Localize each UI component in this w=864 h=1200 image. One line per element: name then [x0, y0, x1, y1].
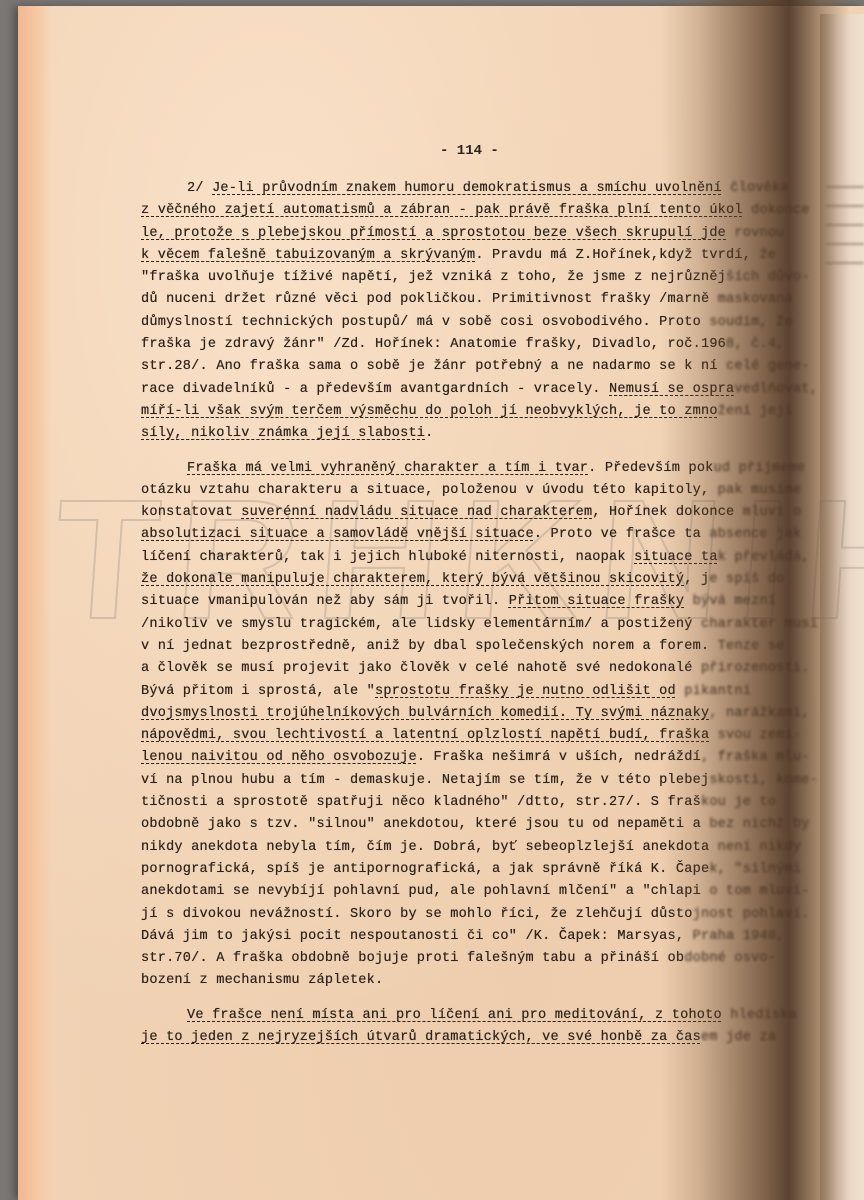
gutter-obscured-text: ud přijmeme	[714, 461, 806, 476]
text: situace vmanipulován než aby sám ji tvoř…	[141, 594, 509, 609]
gutter-obscured-text: vedlňovat,	[734, 382, 818, 397]
text-line: absolutizaci situace a samovládě vnější …	[141, 524, 781, 546]
underlined-text: situace ta	[634, 550, 718, 565]
text: důmyslností technických postupů/ má v so…	[141, 315, 701, 330]
paragraph: Ve frašce není místa ani pro líčení ani …	[141, 1005, 781, 1050]
text: pornografická, spíš je antipornografická…	[141, 862, 709, 877]
text-line: Dává jim to jakýsi pocit nespoutanosti č…	[141, 926, 781, 948]
text-line: str.70/. A fraška obdobně bojuje proti f…	[141, 948, 781, 970]
gutter-obscured-text: Praha 1948,	[684, 929, 784, 944]
text-line: nápovědmi, svou lechtivostí a latentní o…	[141, 725, 781, 747]
gutter-obscured-text: žení její	[718, 404, 793, 419]
text-line: Ve frašce není místa ani pro líčení ani …	[141, 1005, 781, 1027]
gutter-obscured-text: mluví o	[734, 505, 801, 520]
gutter-obscured-text: celé gene-	[718, 359, 810, 374]
text-line: Bývá přitom i sprostá, ale "sprostotu fr…	[141, 681, 781, 703]
underlined-text: le, protože s plebejskou přímostí a spro…	[141, 226, 726, 241]
gutter-obscured-text: soudím, že	[701, 315, 793, 330]
text: dů nuceni držet různé věci pod pokličkou…	[141, 292, 709, 307]
underlined-text: nápovědmi, svou lechtivostí a latentní o…	[141, 728, 709, 743]
underlined-text: dvojsmyslnosti trojúhelníkových bulvární…	[141, 706, 709, 721]
text-line: str.28/. Ano fraška sama o sobě je žánr …	[141, 356, 781, 378]
gutter-obscured-text: svou zemi-	[709, 728, 801, 743]
gutter-obscured-text: jnost pohlaví.	[693, 907, 810, 922]
underlined-text: z věčného zajetí automatismů a zábran - …	[141, 203, 743, 218]
text-line: ví na plnou hubu a tím - demaskuje. Neta…	[141, 770, 781, 792]
text: obdobně jako s tzv. "silnou" anekdotou, …	[141, 817, 701, 832]
gutter-obscured-text: hlediska	[722, 1008, 797, 1023]
text: bození z mechanismu zápletek.	[141, 973, 383, 988]
text-line: jí s divokou nevážností. Skoro by se moh…	[141, 904, 781, 926]
text-line: k věcem falešně tabuizovaným a skrývaným…	[141, 245, 781, 267]
text: tičnosti a sprostotě spatřuji něco kladn…	[141, 795, 701, 810]
gutter-obscured-text: že	[751, 248, 776, 263]
underlined-text: Nemusí se ospra	[609, 382, 734, 397]
text: .	[425, 426, 433, 441]
underlined-text: míří-li však svým terčem výsměchu do pol…	[141, 404, 718, 419]
gutter-obscured-text: , narážkami,	[709, 706, 809, 721]
text-line: je to jeden z nejryzejších útvarů dramat…	[141, 1027, 781, 1049]
underlined-text: lenou naivitou od něho osvobozuje	[141, 750, 417, 765]
text-line: síly, nikoliv známka její slabosti.	[141, 423, 781, 445]
text-line: lenou naivitou od něho osvobozuje. Frašk…	[141, 747, 781, 769]
text-line: a člověk se musí projevit jako člověk v …	[141, 658, 781, 680]
text: /nikoliv ve smyslu tragickém, ale lidsky…	[141, 617, 693, 632]
text-line: líčení charakterů, tak i jejich hluboké …	[141, 547, 781, 569]
gutter-obscured-text: , fraška mlu-	[701, 750, 810, 765]
paragraph: 2/ Je-li průvodním znakem humoru demokra…	[141, 178, 781, 446]
text-line: le, protože s plebejskou přímostí a spro…	[141, 223, 781, 245]
page-edge	[18, 6, 52, 1200]
gutter-obscured-text: absence jak	[701, 527, 801, 542]
text: a člověk se musí projevit jako člověk v …	[141, 661, 693, 676]
gutter-obscured-text: ších důvo-	[726, 270, 810, 285]
gutter-obscured-text: skosti, kome-	[709, 773, 818, 788]
gutter-obscured-text: pak musíme	[709, 483, 801, 498]
text-line: pornografická, spíš je antipornografická…	[141, 859, 781, 881]
text-line: z věčného zajetí automatismů a zábran - …	[141, 200, 781, 222]
text: str.70/. A fraška obdobně bojuje proti f…	[141, 951, 684, 966]
gutter-obscured-text: k převládá,	[718, 550, 810, 565]
gutter-obscured-text: o tom mluví-	[701, 884, 810, 899]
text: Bývá přitom i sprostá, ale "	[141, 684, 375, 699]
text-line: otázku vztahu charakteru a situace, polo…	[141, 480, 781, 502]
underlined-text: Přitom situace frašky	[509, 594, 685, 609]
gutter-obscured-text: Tenze se	[709, 639, 784, 654]
text-line: 2/ Je-li průvodním znakem humoru demokra…	[141, 178, 781, 200]
text: . Proto ve frašce ta	[534, 527, 701, 542]
text: Dává jim to jakýsi pocit nespoutanosti č…	[141, 929, 684, 944]
text: fraška je zdravý žánr" /Zd. Hořínek: Ana…	[141, 337, 726, 352]
text-line: dů nuceni držet různé věci pod pokličkou…	[141, 289, 781, 311]
text: jí s divokou nevážností. Skoro by se moh…	[141, 907, 693, 922]
underlined-text: suverénní nadvládu situace nad charakter…	[241, 505, 592, 520]
gutter-obscured-text: charakter musí	[693, 617, 818, 632]
text-line: fraška je zdravý žánr" /Zd. Hořínek: Ana…	[141, 334, 781, 356]
text-line: dvojsmyslnosti trojúhelníkových bulvární…	[141, 703, 781, 725]
gutter-obscured-text: přirozenosti.	[693, 661, 810, 676]
gutter-obscured-text: bývá mezní	[684, 594, 776, 609]
underlined-text: sprostotu frašky je nutno odlišit od	[375, 684, 676, 699]
underlined-text: síly, nikoliv známka její slabosti	[141, 426, 425, 441]
text: konstatovat	[141, 505, 241, 520]
gutter-obscured-text: bez nichž by	[701, 817, 810, 832]
text-line: /nikoliv ve smyslu tragickém, ale lidsky…	[141, 614, 781, 636]
gutter-obscured-text: pikantní	[676, 684, 751, 699]
gutter-obscured-text: maskovaná	[709, 292, 793, 307]
underlined-text: Fraška má velmi vyhraněný charakter a tí…	[187, 461, 588, 476]
gutter-obscured-text: není nikdy	[709, 840, 801, 855]
text-line: anekdotami se nevybíjí pohlavní pud, ale…	[141, 881, 781, 903]
text: , Hořínek dokonce	[592, 505, 734, 520]
underlined-text: Je-li průvodním znakem humoru demokratis…	[212, 181, 722, 196]
underlined-text: je to jeden z nejryzejších útvarů dramat…	[141, 1030, 701, 1045]
underlined-text: k věcem falešně tabuizovaným a skrývaným	[141, 248, 475, 263]
text-line: Fraška má velmi vyhraněný charakter a tí…	[141, 458, 781, 480]
paragraph: Fraška má velmi vyhraněný charakter a tí…	[141, 458, 781, 993]
text-line: že dokonale manipuluje charakterem, kter…	[141, 569, 781, 591]
text: ví na plnou hubu a tím - demaskuje. Neta…	[141, 773, 709, 788]
text-line: konstatovat suverénní nadvládu situace n…	[141, 502, 781, 524]
gutter-obscured-text: em jde za	[701, 1030, 776, 1045]
document-body: 2/ Je-li průvodním znakem humoru demokra…	[141, 140, 781, 1049]
text: anekdotami se nevybíjí pohlavní pud, ale…	[141, 884, 701, 899]
text-line: race divadelníků - a především avantgard…	[141, 379, 781, 401]
underlined-text: Ve frašce není místa ani pro líčení ani …	[187, 1008, 722, 1023]
gutter-obscured-text: člověka	[722, 181, 789, 196]
gutter-obscured-text: kou je to	[701, 795, 776, 810]
text: . Pravdu má Z.Hořínek,když tvrdí,	[475, 248, 751, 263]
text-line: míří-li však svým terčem výsměchu do pol…	[141, 401, 781, 423]
text-line: tičnosti a sprostotě spatřuji něco kladn…	[141, 792, 781, 814]
text: race divadelníků - a především avantgard…	[141, 382, 609, 397]
adjacent-page-text	[826, 186, 864, 281]
text-line: v ní jednat bezprostředně, aniž by dbal …	[141, 636, 781, 658]
gutter-obscured-text: dokonce	[743, 203, 810, 218]
text: "fraška uvolňuje tíživé napětí, jež vzni…	[141, 270, 726, 285]
text: 2/	[187, 181, 212, 196]
text: , j	[684, 572, 709, 587]
text-line: obdobně jako s tzv. "silnou" anekdotou, …	[141, 814, 781, 836]
gutter-obscured-text: rovnou	[726, 226, 785, 241]
text: str.28/. Ano fraška sama o sobě je žánr …	[141, 359, 718, 374]
underlined-text: že dokonale manipuluje charakterem, kter…	[141, 572, 684, 587]
text-line: "fraška uvolňuje tíživé napětí, jež vzni…	[141, 267, 781, 289]
text: . Fraška nešimrá v uších, nedráždí	[417, 750, 701, 765]
gutter-obscured-text: e spíš do	[709, 572, 784, 587]
underlined-text: absolutizaci situace a samovládě vnější …	[141, 527, 534, 542]
text: nikdy anekdota nebyla tím, čím je. Dobrá…	[141, 840, 709, 855]
text: v ní jednat bezprostředně, aniž by dbal …	[141, 639, 709, 654]
gutter-obscured-text: k, "silnými	[709, 862, 801, 877]
gutter-obscured-text: 8, č.4,	[726, 337, 785, 352]
text-line: nikdy anekdota nebyla tím, čím je. Dobrá…	[141, 837, 781, 859]
text: líčení charakterů, tak i jejich hluboké …	[141, 550, 634, 565]
text-line: bození z mechanismu zápletek.	[141, 970, 781, 992]
gutter-obscured-text: dobné osvo-	[684, 951, 776, 966]
text: otázku vztahu charakteru a situace, polo…	[141, 483, 709, 498]
text-line: důmyslností technických postupů/ má v so…	[141, 312, 781, 334]
text-line: situace vmanipulován než aby sám ji tvoř…	[141, 591, 781, 613]
text: . Především pok	[588, 461, 713, 476]
